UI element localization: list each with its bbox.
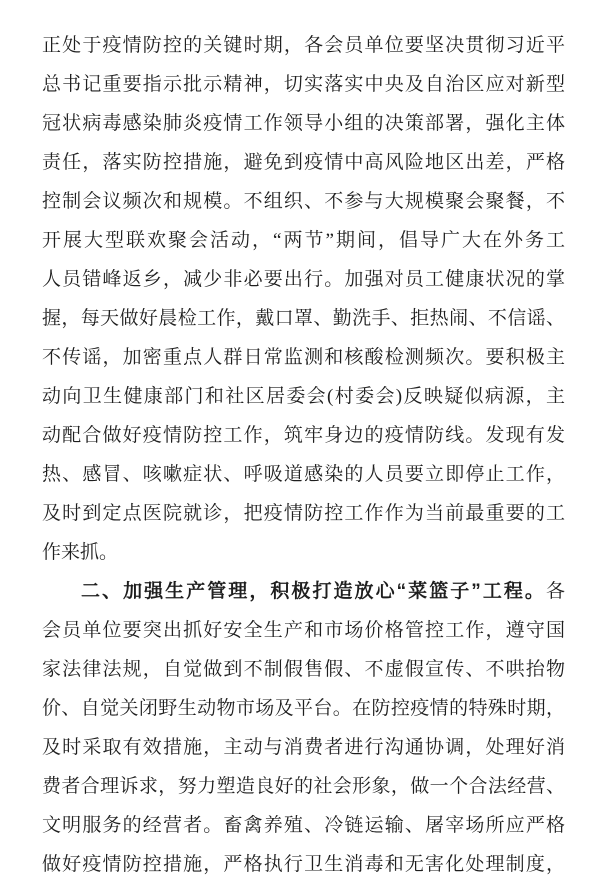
text-line: 会员单位要突出抓好安全生产和市场价格管控工作，遵守国 [42,611,565,650]
paragraph-end-line: 作来抓。 [42,533,565,572]
text-line: 人员错峰返乡，减少非必要出行。加强对员工健康状况的掌 [42,260,565,299]
text-line: 动向卫生健康部门和社区居委会(村委会)反映疑似病源，主 [42,377,565,416]
text-line: 热、感冒、咳嗽症状、呼吸道感染的人员要立即停止工作， [42,455,565,494]
text-line: 正处于疫情防控的关键时期，各会员单位要坚决贯彻习近平 [42,26,565,65]
text-line: 动配合做好疫情防控工作，筑牢身边的疫情防线。发现有发 [42,416,565,455]
text-line: 开展大型联欢聚会活动，“两节”期间，倡导广大在外务工 [42,221,565,260]
text-line: 做好疫情防控措施，严格执行卫生消毒和无害化处理制度， [42,845,565,884]
text-line: 不传谣，加密重点人群日常监测和核酸检测频次。要积极主 [42,338,565,377]
section-heading-line: 二、加强生产管理，积极打造放心“菜篮子”工程。各 [42,572,565,611]
section-heading-bold-text: 二、加强生产管理，积极打造放心“菜篮子”工程。 [81,581,546,602]
text-line: 价、自觉关闭野生动物市场及平台。在防控疫情的特殊时期， [42,689,565,728]
text-line: 握，每天做好晨检工作，戴口罩、勤洗手、拒热闹、不信谣、 [42,299,565,338]
section-heading-tail-text: 各 [546,581,565,602]
text-line: 冠状病毒感染肺炎疫情工作领导小组的决策部署，强化主体 [42,104,565,143]
text-line: 及时采取有效措施，主动与消费者进行沟通协调，处理好消 [42,728,565,767]
text-line: 及时到定点医院就诊，把疫情防控工作作为当前最重要的工 [42,494,565,533]
text-line: 责任，落实防控措施，避免到疫情中高风险地区出差，严格 [42,143,565,182]
text-line: 总书记重要指示批示精神，切实落实中央及自治区应对新型 [42,65,565,104]
text-line: 家法律法规，自觉做到不制假售假、不虚假宣传、不哄抬物 [42,650,565,689]
text-line: 费者合理诉求，努力塑造良好的社会形象，做一个合法经营、 [42,767,565,806]
text-line: 文明服务的经营者。畜禽养殖、冷链运输、屠宰场所应严格 [42,806,565,845]
document-page: 正处于疫情防控的关键时期，各会员单位要坚决贯彻习近平 总书记重要指示批示精神，切… [0,0,606,892]
text-line: 控制会议频次和规模。不组织、不参与大规模聚会聚餐，不 [42,182,565,221]
